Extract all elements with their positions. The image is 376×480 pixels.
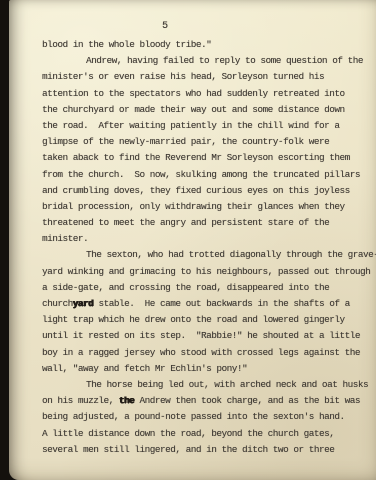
text-segment: stable. He came out backwards in the sha… (93, 298, 349, 309)
text-segment: the churchyard or made their way out and… (42, 104, 345, 115)
text-segment: bridal procession, only withdrawing thei… (42, 201, 345, 212)
text-segment: wall, "away and fetch Mr Echlin's pony!" (42, 363, 247, 374)
text-segment: church (42, 298, 73, 309)
text-line: blood in the whole bloody tribe." (42, 37, 367, 53)
text-block: blood in the whole bloody tribe."Andrew,… (42, 37, 367, 458)
text-line: boy in a ragged jersey who stood with cr… (42, 345, 367, 361)
text-segment: The horse being led out, with arched nec… (86, 379, 368, 390)
text-segment: being adjusted, a pound-note passed into… (42, 411, 345, 422)
text-segment: several men still lingered, and in the d… (42, 444, 334, 455)
text-segment: taken aback to find the Reverend Mr Sorl… (42, 152, 350, 163)
text-line: a side-gate, and crossing the road, disa… (42, 280, 367, 296)
text-line: light trap which he drew onto the road a… (42, 312, 367, 328)
text-segment: attention to the spectators who had sudd… (42, 88, 345, 99)
scan-background: 5 blood in the whole bloody tribe."Andre… (0, 0, 376, 480)
text-segment: the road. After waiting patiently in the… (42, 120, 340, 131)
text-line: the road. After waiting patiently in the… (42, 118, 367, 134)
text-segment: on his muzzle, (42, 395, 119, 406)
text-line: A little distance down the road, beyond … (42, 426, 367, 442)
text-line: minister. (42, 231, 367, 247)
text-segment: minister's or even raise his head, Sorle… (42, 71, 324, 82)
text-line: minister's or even raise his head, Sorle… (42, 69, 367, 85)
text-segment: from the church. So now, skulking among … (42, 169, 360, 180)
overstruck-text: yard (73, 298, 94, 309)
text-segment: until it rested on its step. "Rabbie!" h… (42, 330, 360, 341)
text-line: bridal procession, only withdrawing thei… (42, 199, 367, 215)
text-segment: and crumbling doves, they fixed curious … (42, 185, 350, 196)
text-segment: yard winking and grimacing to his neighb… (42, 266, 370, 277)
text-line: threatened to meet the angry and persist… (42, 215, 367, 231)
text-segment: light trap which he drew onto the road a… (42, 314, 345, 325)
text-line: until it rested on its step. "Rabbie!" h… (42, 328, 367, 344)
text-line: churchyard stable. He came out backwards… (42, 296, 367, 312)
text-segment: Andrew then took charge, and as the bit … (134, 395, 360, 406)
text-line: on his muzzle, the Andrew then took char… (42, 393, 367, 409)
text-line: several men still lingered, and in the d… (42, 442, 367, 458)
text-segment: minister. (42, 233, 88, 244)
text-line: being adjusted, a pound-note passed into… (42, 409, 367, 425)
text-line: The sexton, who had trotted diagonally t… (42, 247, 367, 263)
typescript-page: 5 blood in the whole bloody tribe."Andre… (9, 0, 376, 480)
text-line: The horse being led out, with arched nec… (42, 377, 367, 393)
text-line: the churchyard or made their way out and… (42, 102, 367, 118)
text-line: and crumbling doves, they fixed curious … (42, 183, 367, 199)
overstruck-text: the (119, 395, 134, 406)
text-segment: a side-gate, and crossing the road, disa… (42, 282, 329, 293)
text-segment: threatened to meet the angry and persist… (42, 217, 329, 228)
text-segment: glimpse of the newly-married pair, the c… (42, 136, 329, 147)
text-segment: A little distance down the road, beyond … (42, 428, 334, 439)
text-line: Andrew, having failed to reply to some q… (42, 53, 367, 69)
text-segment: The sexton, who had trotted diagonally t… (86, 249, 376, 260)
text-line: yard winking and grimacing to his neighb… (42, 264, 367, 280)
text-line: taken aback to find the Reverend Mr Sorl… (42, 150, 367, 166)
text-segment: Andrew, having failed to reply to some q… (86, 55, 363, 66)
page-number: 5 (162, 21, 168, 32)
text-line: wall, "away and fetch Mr Echlin's pony!" (42, 361, 367, 377)
text-line: glimpse of the newly-married pair, the c… (42, 134, 367, 150)
text-segment: blood in the whole bloody tribe." (42, 39, 211, 50)
text-segment: boy in a ragged jersey who stood with cr… (42, 347, 360, 358)
text-line: attention to the spectators who had sudd… (42, 86, 367, 102)
text-line: from the church. So now, skulking among … (42, 167, 367, 183)
